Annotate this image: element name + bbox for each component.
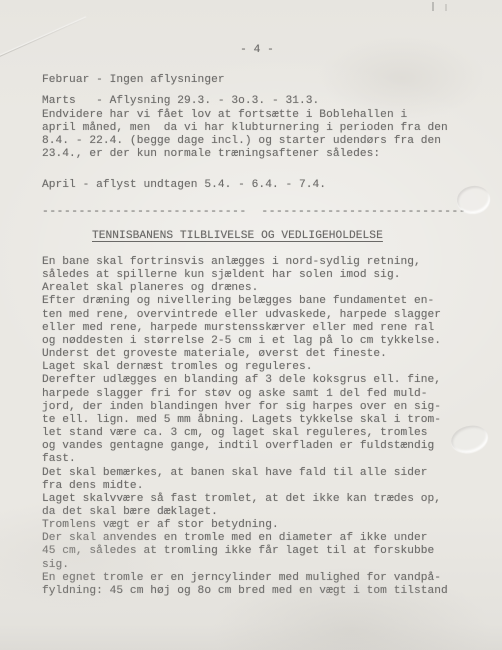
scan-artifact-mark: [432, 2, 434, 11]
page-number: - 4 -: [42, 44, 472, 57]
cancellation-schedule: Februar - Ingen aflysninger Marts - Afly…: [42, 70, 472, 112]
scan-artifact-mark: [445, 4, 447, 11]
intro-paragraph: Endvidere har vi fået lov at fortsætte i…: [42, 109, 472, 162]
scanned-document-page: - 4 - Februar - Ingen aflysninger Marts …: [0, 0, 502, 650]
section-heading: TENNISBANENS TILBLIVELSE OG VEDLIGEHOLDE…: [92, 230, 432, 243]
body-text: En bane skal fortrinsvis anlægges i nord…: [42, 256, 472, 598]
april-cancellation-line: April - aflyst undtagen 5.4. - 6.4. - 7.…: [42, 179, 472, 192]
dashed-separator: ---------------------------- -----------…: [42, 206, 472, 219]
